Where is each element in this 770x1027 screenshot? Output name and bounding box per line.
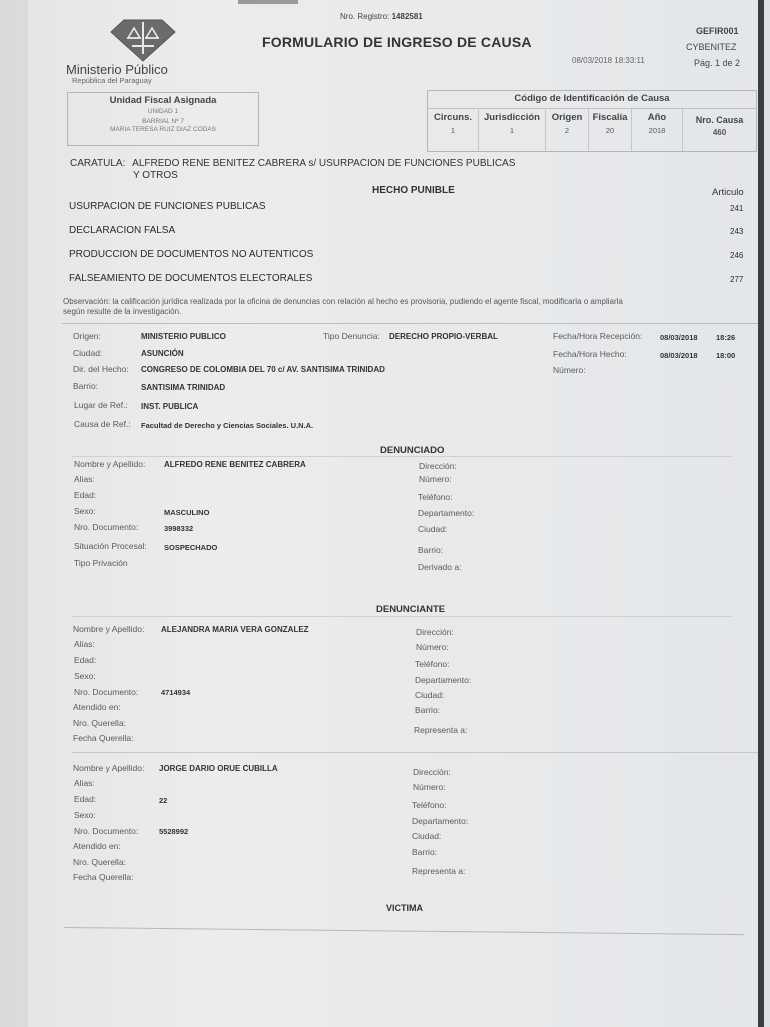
denunciado-edad-label: Edad: [74, 490, 96, 500]
denunciante-edad: 22 [159, 796, 167, 805]
scales-of-justice-icon [110, 18, 176, 62]
unidad-line: BARRIAL Nº 7 [68, 118, 258, 125]
barrio-label: Barrio: [73, 381, 98, 391]
codigo-col-label: Origen [546, 112, 588, 123]
denunciante-header: DENUNCIANTE [376, 604, 445, 615]
denunciante-right-label: Número: [413, 782, 446, 792]
denunciante-right-label: Dirección: [416, 627, 454, 637]
codigo-col-label: Nro. Causa [683, 115, 756, 125]
denunciado-alias-label: Alias: [74, 474, 95, 484]
logo-subtitle: República del Paraguay [72, 76, 152, 85]
denunciante-edad-label: Edad: [74, 794, 96, 804]
unidad-line: UNIDAD 1 [68, 108, 258, 115]
codigo-col-label: Circuns. [428, 112, 478, 123]
caratula: CARATULA: ALFREDO RENE BENITEZ CABRERA s… [70, 158, 515, 169]
lugar-ref-label: Lugar de Ref.: [74, 400, 128, 410]
denunciado-right-label: Ciudad: [418, 524, 447, 534]
denunciante-fecha-querella-label: Fecha Querella: [73, 733, 133, 743]
caratula-line1: ALFREDO RENE BENITEZ CABRERA s/ USURPACI… [132, 158, 515, 169]
user-name: CYBENITEZ [686, 42, 737, 52]
codigo-col-label: Año [632, 112, 682, 123]
articulo-header: Articulo [712, 187, 744, 198]
denunciado-right-label: Número: [419, 474, 452, 484]
recepcion-label: Fecha/Hora Recepción: [553, 331, 642, 341]
denunciante-right-label: Barrio: [412, 847, 437, 857]
codigo-col-label: Fiscalía [589, 112, 631, 123]
denunciante-atendido-label: Atendido en: [73, 702, 121, 712]
denunciante-right-label: Representa a: [412, 866, 465, 876]
lugar-ref-value: INST. PUBLICA [141, 402, 198, 411]
divider [64, 927, 744, 935]
registro-number: Nro. Registro: 1482581 [340, 12, 423, 21]
denunciado-situacion-label: Situación Procesal: [74, 541, 147, 551]
recepcion-fecha: 08/03/2018 [660, 333, 698, 342]
recepcion-hora: 18:26 [716, 333, 735, 342]
denunciado-right-label: Derivado a: [418, 562, 461, 572]
divider [72, 616, 732, 617]
denunciante-nombre: JORGE DARIO ORUE CUBILLA [159, 764, 278, 773]
observacion-line2: según resulte de la investigación. [63, 307, 181, 316]
denunciado-sexo-label: Sexo: [74, 506, 96, 516]
denunciante-atendido-label: Atendido en: [73, 841, 121, 851]
denunciante-right-label: Departamento: [415, 675, 471, 685]
denunciante-nombre-label: Nombre y Apellido: [73, 624, 144, 634]
denunciante-right-label: Teléfono: [412, 800, 447, 810]
denunciante-doc: 4714934 [161, 688, 190, 697]
codigo-col-value: 2018 [632, 126, 682, 135]
denunciado-sexo: MASCULINO [164, 508, 209, 517]
numero-label: Número: [553, 365, 586, 375]
dir-hecho-value: CONGRESO DE COLOMBIA DEL 70 c/ AV. SANTI… [141, 365, 385, 374]
tipo-denuncia-value: DERECHO PROPIO-VERBAL [389, 332, 498, 341]
denunciado-nombre: ALFREDO RENE BENITEZ CABRERA [164, 460, 306, 469]
codigo-col-label: Jurisdicción [479, 112, 545, 123]
denunciante-right-label: Departamento: [412, 816, 468, 826]
denunciante-right-label: Ciudad: [412, 831, 441, 841]
unidad-line: MARIA TERESA RUIZ DIAZ CODAS [68, 126, 258, 133]
denunciante-right-label: Ciudad: [415, 690, 444, 700]
codigo-col-jurisdiccion: Jurisdicción 1 [479, 109, 546, 151]
ciudad-label: Ciudad: [73, 348, 102, 358]
form-code: GEFIR001 [696, 26, 739, 36]
hecho-row: USURPACION DE FUNCIONES PUBLICAS [69, 201, 266, 212]
codigo-col-value: 1 [428, 126, 478, 135]
denunciado-right-label: Dirección: [419, 461, 457, 471]
hecho-punible-header: HECHO PUNIBLE [372, 185, 455, 196]
registro-value: 1482581 [392, 12, 423, 21]
denunciante-right-label: Barrio: [415, 705, 440, 715]
denunciado-nombre-label: Nombre y Apellido: [74, 459, 145, 469]
hecho-articulo: 243 [730, 227, 743, 236]
denunciante-doc-label: Nro. Documento: [74, 687, 138, 697]
codigo-title: Código de Identificación de Causa [428, 93, 756, 104]
hecho-articulo: 241 [730, 204, 743, 213]
codigo-grid: Circuns. 1 Jurisdicción 1 Origen 2 Fisca… [428, 108, 756, 151]
dir-hecho-label: Dir. del Hecho: [73, 364, 129, 374]
divider [72, 456, 732, 457]
denunciante-doc-label: Nro. Documento: [74, 826, 138, 836]
codigo-col-value: 20 [589, 126, 631, 135]
denunciado-doc: 3998332 [164, 524, 193, 533]
page-number: Pág. 1 de 2 [694, 58, 740, 68]
origen-label: Origen: [73, 331, 101, 341]
hecho-articulo: 277 [730, 275, 743, 284]
print-timestamp: 08/03/2018 18:33:11 [572, 56, 645, 65]
unidad-fiscal-box: Unidad Fiscal Asignada UNIDAD 1 BARRIAL … [67, 92, 259, 146]
codigo-col-value: 460 [683, 128, 756, 137]
denunciante-querella-label: Nro. Querella: [73, 857, 126, 867]
denunciante-alias-label: Alias: [74, 639, 95, 649]
causa-ref-value: Facultad de Derecho y Ciencias Sociales.… [141, 421, 313, 430]
ciudad-value: ASUNCIÓN [141, 349, 184, 358]
origen-value: MINISTERIO PUBLICO [141, 332, 226, 341]
hecho-row: PRODUCCION DE DOCUMENTOS NO AUTENTICOS [69, 249, 313, 260]
victima-header: VICTIMA [386, 903, 423, 913]
denunciado-right-label: Teléfono: [418, 492, 453, 502]
codigo-col-value: 2 [546, 126, 588, 135]
hecho-fecha-label: Fecha/Hora Hecho: [553, 349, 627, 359]
hecho-hora: 18:00 [716, 351, 735, 360]
denunciante-right-label: Dirección: [413, 767, 451, 777]
denunciante-nombre: ALEJANDRA MARIA VERA GONZALEZ [161, 625, 309, 634]
denunciado-privacion-label: Tipo Privación [74, 558, 128, 568]
tipo-denuncia-label: Tipo Denuncia: [323, 331, 380, 341]
document-page: Ministerio Público República del Paragua… [28, 0, 764, 1027]
codigo-col-nro-causa: Nro. Causa 460 [683, 109, 756, 151]
denunciado-doc-label: Nro. Documento: [74, 522, 138, 532]
denunciado-right-label: Departamento: [418, 508, 474, 518]
divider [62, 323, 762, 324]
denunciado-header: DENUNCIADO [380, 445, 444, 456]
codigo-col-origen: Origen 2 [546, 109, 589, 151]
hecho-articulo: 246 [730, 251, 743, 260]
codigo-col-fiscalia: Fiscalía 20 [589, 109, 632, 151]
observacion-line1: Observación: la calificación jurídica re… [63, 297, 623, 306]
denunciante-sexo-label: Sexo: [74, 671, 96, 681]
hecho-row: DECLARACION FALSA [69, 225, 175, 236]
hecho-row: FALSEAMIENTO DE DOCUMENTOS ELECTORALES [69, 273, 312, 284]
denunciante-querella-label: Nro. Querella: [73, 718, 126, 728]
codigo-col-anio: Año 2018 [632, 109, 683, 151]
codigo-causa-box: Código de Identificación de Causa Circun… [427, 90, 757, 152]
denunciante-fecha-querella-label: Fecha Querella: [73, 872, 133, 882]
denunciante-right-label: Número: [416, 642, 449, 652]
denunciante-sexo-label: Sexo: [74, 810, 96, 820]
causa-ref-label: Causa de Ref.: [74, 419, 131, 429]
denunciante-alias-label: Alias: [74, 778, 95, 788]
denunciante-edad-label: Edad: [74, 655, 96, 665]
denunciante-nombre-label: Nombre y Apellido: [73, 763, 144, 773]
denunciante-doc: 5528992 [159, 827, 188, 836]
unidad-fiscal-title: Unidad Fiscal Asignada [68, 95, 258, 106]
caratula-line2: Y OTROS [133, 170, 178, 181]
divider [72, 752, 762, 753]
paper-clip-strip [238, 0, 298, 4]
page-edge [758, 0, 764, 1027]
hecho-fecha: 08/03/2018 [660, 351, 698, 360]
codigo-col-circuns: Circuns. 1 [428, 109, 479, 151]
codigo-col-value: 1 [479, 126, 545, 135]
denunciante-right-label: Teléfono: [415, 659, 450, 669]
denunciado-right-label: Barrio: [418, 545, 443, 555]
caratula-label: CARATULA: [70, 158, 125, 169]
denunciado-situacion: SOSPECHADO [164, 543, 217, 552]
barrio-value: SANTISIMA TRINIDAD [141, 383, 225, 392]
denunciante-right-label: Representa a: [414, 725, 467, 735]
registro-label: Nro. Registro: [340, 12, 389, 21]
logo-name: Ministerio Público [66, 62, 168, 77]
page-title: FORMULARIO DE INGRESO DE CAUSA [262, 34, 532, 50]
